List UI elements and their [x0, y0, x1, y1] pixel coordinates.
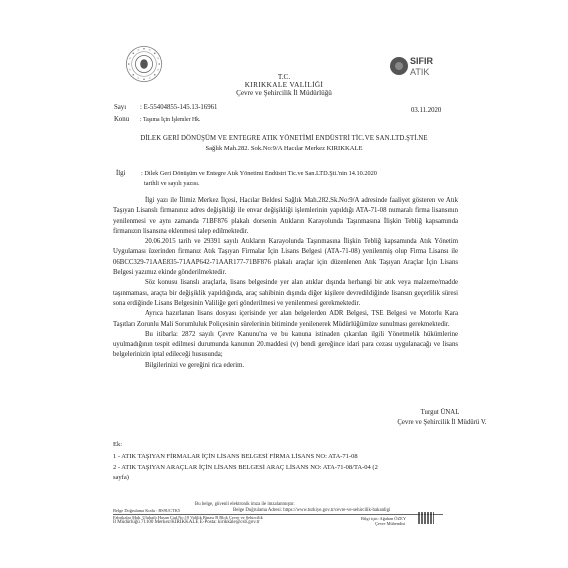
konu-label: Konu [114, 116, 129, 123]
ilgi-line2: tarihli ve sayılı yazısı. [144, 180, 200, 187]
info-title: Çevre Mühendisi [375, 521, 405, 526]
enclosure-item[interactable]: 1 - ATIK TAŞIYAN FİRMALAR İÇİN LİSANS BE… [113, 452, 358, 462]
sayi-value: : E-55404855-145.13-16961 [140, 104, 217, 111]
signatory-name: Turgut ÜNAL [380, 408, 500, 418]
body-paragraph: Söz konusu lisanslı araçlarla, lisans be… [113, 278, 458, 309]
body-paragraph: İlgi yazı ile İlimiz Merkez İlçesi, Hacı… [113, 196, 458, 237]
ilgi-label: İlgi [116, 170, 125, 177]
footer-address-2: İl Müdürlüğü 71100 Merkez/KIRIKKALE E-Po… [113, 520, 260, 525]
recipient-name: DİLEK GERİ DÖNÜŞÜM VE ENTEGRE ATIK YÖNET… [0, 135, 568, 142]
enclosure-label: Ek: [113, 440, 122, 450]
body-paragraph: Bu itibarla: 2872 sayılı Çevre Kanunu'na… [113, 330, 458, 361]
enclosure-item-continued: sayfa) [113, 473, 129, 483]
ilgi-line1: : Dilek Geri Dönüşüm ve Entegre Atık Yön… [141, 170, 377, 177]
body-paragraph: Bilgilerinizi ve gereğini rica ederim. [113, 361, 458, 371]
body-paragraph: Ayrıca hazırlanan lisans dosyası içerisi… [113, 309, 458, 330]
document-date: 03.11.2020 [411, 107, 441, 114]
signatory-title: Çevre ve Şehircilik İl Müdürü V. [372, 418, 512, 428]
body-paragraph: 20.06.2015 tarih ve 29391 sayılı Atıklar… [113, 237, 458, 278]
qr-code-icon [418, 512, 434, 524]
recipient-address: Sağlık Mah.282. Sok.No:9/A Hacılar Merke… [0, 145, 568, 152]
enclosure-item[interactable]: 2 - ATIK TAŞIYAN ARAÇLAR İÇİN LİSANS BEL… [113, 463, 378, 473]
document-page: SIFIR ATIK T.C. KIRIKKALE VALİLİĞİ Çevre… [0, 0, 568, 568]
sayi-label: Sayı [114, 104, 126, 111]
esign-note: Bu belge, güvenli elektronik imza ile im… [195, 502, 295, 507]
header-tc: T.C. [0, 73, 568, 81]
verification-address[interactable]: Belge Doğrulama Adresi: https://www.turk… [233, 508, 390, 513]
letter-body: İlgi yazı ile İlimiz Merkez İlçesi, Hacı… [113, 196, 458, 371]
svg-text:SIFIR: SIFIR [410, 56, 433, 66]
header-governorate: KIRIKKALE VALİLİĞİ [0, 81, 568, 89]
header-directorate: Çevre ve Şehircilik İl Müdürlüğü [0, 89, 568, 97]
konu-value: : Taşıma İçin İşlemler Hk. [140, 117, 201, 123]
verification-code: Belge Doğrulama Kodu : BS9UCTK5 [113, 508, 180, 513]
